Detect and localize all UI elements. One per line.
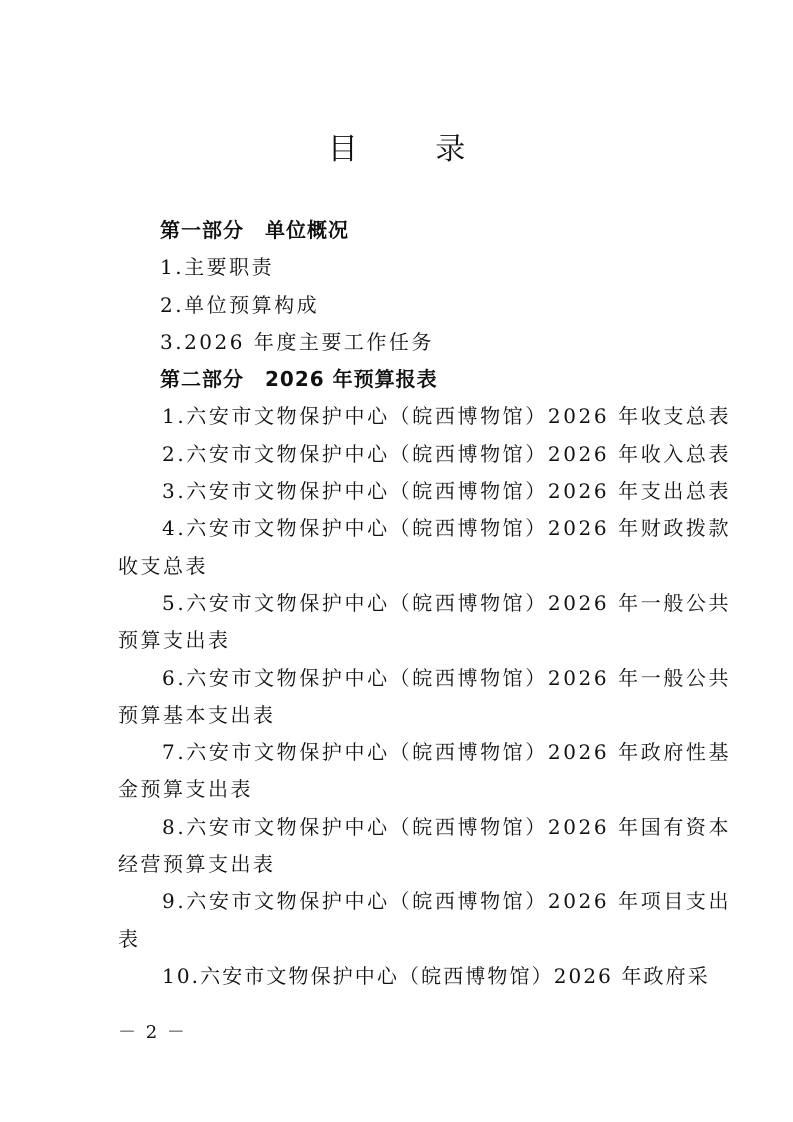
part1-heading: 第一部分 单位概况 [118,212,676,249]
toc-item: 2.单位预算构成 [118,287,676,324]
toc-item: 3.2026 年度主要工作任务 [118,324,676,361]
toc-item: 10.六安市文物保护中心（皖西博物馆）2026 年政府采 [118,958,676,995]
page-title: 目 录 [0,130,793,170]
toc-item: 7.六安市文物保护中心（皖西博物馆）2026 年政府性基 [118,734,676,771]
toc-item-continuation: 收支总表 [118,548,676,585]
toc-item-continuation: 表 [118,921,676,958]
toc-item: 3.六安市文物保护中心（皖西博物馆）2026 年支出总表 [118,473,676,510]
toc-item: 2.六安市文物保护中心（皖西博物馆）2026 年收入总表 [118,436,676,473]
toc-item: 8.六安市文物保护中心（皖西博物馆）2026 年国有资本 [118,809,676,846]
toc-item-continuation: 预算基本支出表 [118,697,676,734]
toc-item: 9.六安市文物保护中心（皖西博物馆）2026 年项目支出 [118,883,676,920]
toc-item-continuation: 经营预算支出表 [118,846,676,883]
toc-item-continuation: 金预算支出表 [118,771,676,808]
page-number: － 2 － [118,1018,187,1044]
toc-item: 5.六安市文物保护中心（皖西博物馆）2026 年一般公共 [118,585,676,622]
toc-item: 6.六安市文物保护中心（皖西博物馆）2026 年一般公共 [118,660,676,697]
toc-item: 1.六安市文物保护中心（皖西博物馆）2026 年收支总表 [118,398,676,435]
toc-item: 4.六安市文物保护中心（皖西博物馆）2026 年财政拨款 [118,510,676,547]
toc-item-continuation: 预算支出表 [118,622,676,659]
part2-heading: 第二部分 2026 年预算报表 [118,361,676,398]
toc-item: 1.主要职责 [118,249,676,286]
toc: 第一部分 单位概况 1.主要职责 2.单位预算构成 3.2026 年度主要工作任… [118,212,676,995]
